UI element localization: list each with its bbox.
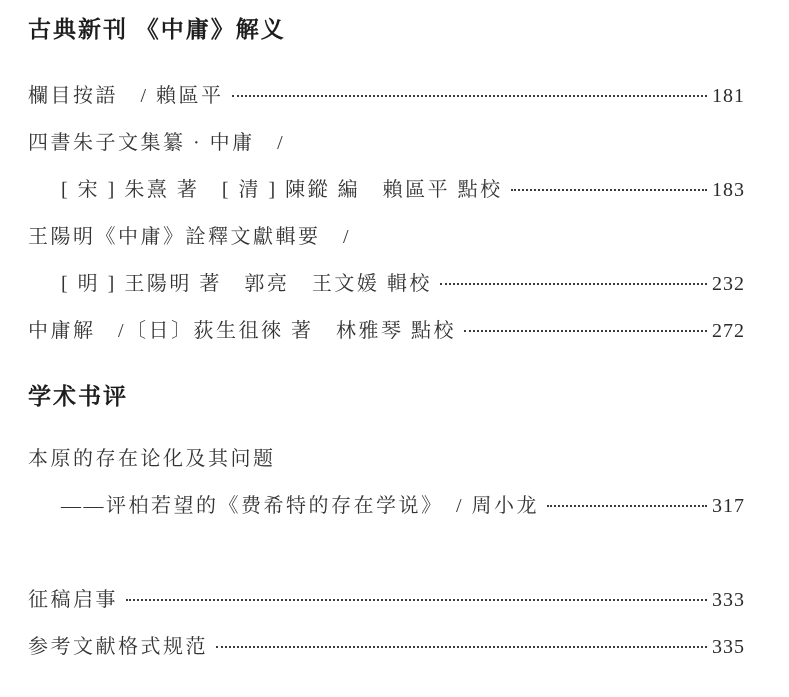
page-number: 232 [712, 272, 745, 296]
toc-entry: 王陽明《中庸》詮釋文獻輯要 / [28, 225, 745, 249]
page-number: 335 [712, 635, 745, 659]
entry-title: 欄目按語 / 賴區平 [28, 84, 224, 108]
toc-entry: 四書朱子文集纂 · 中庸 / [28, 131, 745, 155]
entry-title: 本原的存在论化及其问题 [28, 447, 276, 471]
toc-entry: 本原的存在论化及其问题 [28, 447, 745, 471]
entry-title: 四書朱子文集纂 · 中庸 / [28, 131, 285, 155]
dot-leader [547, 505, 707, 507]
entry-title: 中庸解 /〔日〕荻生徂徠 著 林雅琴 點校 [28, 319, 456, 343]
entry-title: 征稿启事 [28, 588, 118, 612]
dot-leader [440, 283, 707, 285]
dot-leader [216, 646, 707, 648]
dot-leader [511, 189, 707, 191]
toc-page: 古典新刊 《中庸》解义 欄目按語 / 賴區平 181 四書朱子文集纂 · 中庸 … [0, 0, 789, 697]
dot-leader [126, 599, 707, 601]
toc-entry: 征稿启事 333 [28, 588, 745, 612]
section-heading-classics: 古典新刊 《中庸》解义 [28, 16, 745, 44]
page-number: 181 [712, 84, 745, 108]
toc-entry: ——评柏若望的《费希特的存在学说》 / 周小龙 317 [28, 494, 745, 518]
page-number: 183 [712, 178, 745, 202]
entry-title: 参考文献格式规范 [28, 635, 208, 659]
page-number: 333 [712, 588, 745, 612]
toc-entry: 参考文献格式规范 335 [28, 635, 745, 659]
dot-leader [232, 95, 707, 97]
toc-entry: 中庸解 /〔日〕荻生徂徠 著 林雅琴 點校 272 [28, 319, 745, 343]
section-heading-book-reviews: 学术书评 [28, 383, 745, 411]
page-number: 272 [712, 319, 745, 343]
entry-authors: [ 宋 ] 朱熹 著 [ 清 ] 陳鏦 編 賴區平 點校 [61, 178, 503, 202]
toc-entry: [ 宋 ] 朱熹 著 [ 清 ] 陳鏦 編 賴區平 點校 183 [28, 178, 745, 202]
page-number: 317 [712, 494, 745, 518]
entry-authors: [ 明 ] 王陽明 著 郭亮 王文媛 輯校 [61, 272, 432, 296]
toc-entry: [ 明 ] 王陽明 著 郭亮 王文媛 輯校 232 [28, 272, 745, 296]
entry-subtitle: ——评柏若望的《费希特的存在学说》 / 周小龙 [61, 494, 539, 518]
entry-title: 王陽明《中庸》詮釋文獻輯要 / [28, 225, 351, 249]
toc-entry: 欄目按語 / 賴區平 181 [28, 84, 745, 108]
dot-leader [464, 330, 707, 332]
